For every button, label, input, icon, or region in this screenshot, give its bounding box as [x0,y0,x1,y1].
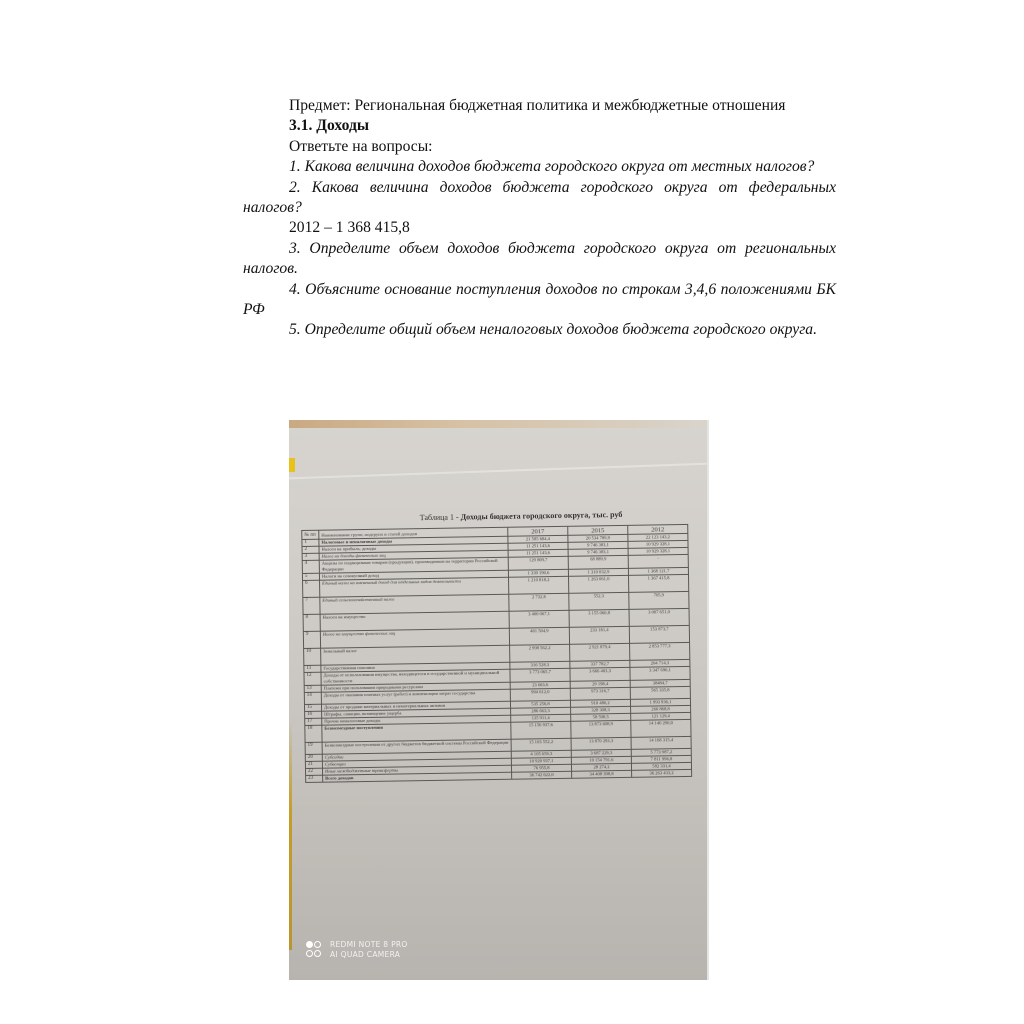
row-value-2017: 2 998 562,2 [510,644,570,662]
row-number: 7 [303,597,320,614]
header-no: № пп [302,530,319,539]
row-value-2015: 2 921 879,4 [570,643,630,661]
table-photo: Таблица 1 - Доходы бюджета городского ок… [289,420,709,980]
answer-question-2: 2012 – 1 368 415,8 [243,218,836,238]
row-value-2015: 68 889,9 [568,555,628,569]
question-2: 2. Какова величина доходов бюджета город… [243,178,836,219]
question-1: 1. Какова величина доходов бюджета город… [243,157,836,177]
row-number: 8 [303,614,320,631]
row-value-2012: 36 263 433,2 [632,769,692,777]
row-value-2012: 1 367 415,8 [628,574,688,592]
camera-watermark: REDMI NOTE 8 PRO AI QUAD CAMERA [306,940,408,960]
questions-prompt: Ответьте на вопросы: [243,137,836,157]
row-value-2017: 1 210 818,2 [509,576,569,594]
row-value-2015: 3 155 060,8 [569,609,629,627]
row-value-2012: 14 168 315,4 [631,736,691,749]
budget-income-table: № пп Наименование групп, подгрупп и стат… [301,524,692,783]
yellow-folder-tab [289,458,295,472]
row-value-2017: 15 156 937,6 [511,721,571,739]
row-number: 23 [306,775,323,782]
paper-fold [289,463,709,480]
row-value-2012: 3 007 651,0 [629,608,689,626]
photo-background-edge [289,420,709,428]
row-value-2012: - [628,554,688,568]
photo-right-edge [707,420,709,980]
row-value-2017: 15 103 552,2 [511,738,571,751]
row-number: 19 [305,742,322,754]
yellow-folder-edge [289,720,292,950]
row-value-2012: 565 335,8 [630,686,690,699]
row-value-2017: 401 504,9 [509,627,569,645]
quad-camera-icon [306,940,324,960]
subject-line: Предмет: Региональная бюджетная политика… [243,96,836,116]
section-heading: 3.1. Доходы [243,116,836,136]
row-number: 9 [303,631,320,648]
row-number: 14 [304,692,321,704]
row-value-2017: 36 742 622,0 [512,771,572,779]
row-value-2012: 153 873,7 [629,625,689,643]
row-value-2015: 34 408 398,8 [572,770,632,778]
table-title-prefix: Таблица 1 - [420,512,461,522]
row-value-2017: 129 809,7 [508,556,568,570]
table-title: Таблица 1 - Доходы бюджета городского ок… [341,509,701,524]
row-value-2012: 2 853 777,3 [630,642,690,660]
row-value-2012: 3 347 696,1 [630,666,690,680]
row-value-2015: 973 316,7 [570,687,630,700]
row-number: 6 [303,580,320,597]
question-3: 3. Определите объем доходов бюджета горо… [243,239,836,280]
table-body: 1Налоговые и неналоговые доходы21 585 68… [302,533,692,782]
printed-sheet: Таблица 1 - Доходы бюджета городского ок… [301,509,707,885]
row-value-2015: 13 873 608,9 [571,720,631,738]
document-text: Предмет: Региональная бюджетная политика… [243,96,836,341]
row-value-2017: 3 773 065,7 [510,668,570,682]
row-value-2015: 1 263 061,0 [568,575,628,593]
row-value-2015: 552,3 [569,592,629,610]
row-value-2015: 233 181,4 [569,626,629,644]
row-number: 4 [302,560,319,573]
row-value-2015: 3 666 403,3 [570,667,630,681]
row-number: 12 [304,672,321,685]
row-value-2017: 994 612,0 [510,688,570,701]
question-4: 4. Объясните основание поступления доход… [243,280,836,321]
row-value-2015: 13 870 293,3 [571,737,631,750]
row-number: 10 [304,648,321,665]
watermark-line-2: AI QUAD CAMERA [330,950,408,960]
row-value-2012: 14 140 290,0 [631,719,691,737]
watermark-line-1: REDMI NOTE 8 PRO [330,940,408,950]
question-5: 5. Определите общий объем неналоговых до… [243,320,836,340]
row-value-2017: 3 400 067,1 [509,610,569,628]
row-number: 18 [305,725,322,742]
table-title-bold: Доходы бюджета городского округа, тыс. р… [461,510,623,522]
row-value-2017: 2 732,8 [509,593,569,611]
row-value-2012: 705,9 [629,591,689,609]
